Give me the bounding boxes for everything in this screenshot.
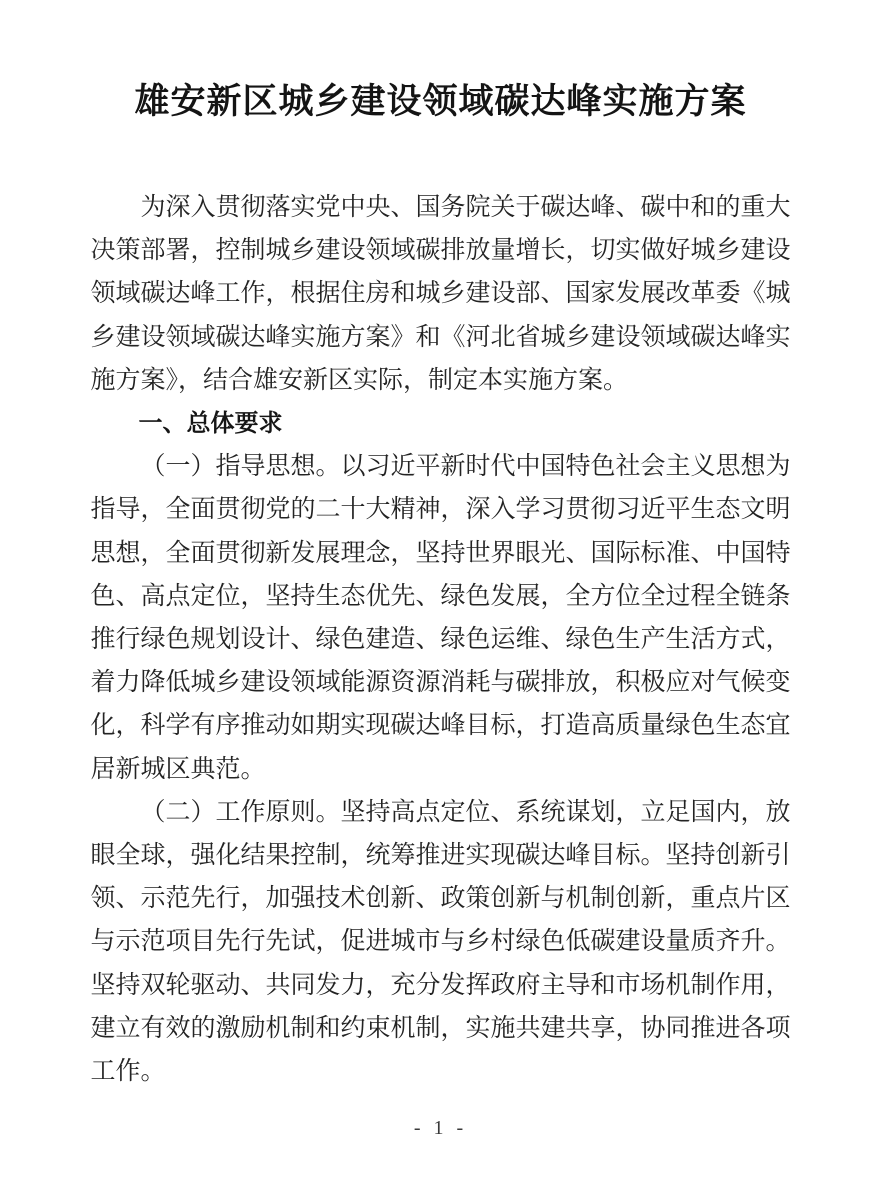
- page-number: - 1 -: [0, 1117, 881, 1140]
- paragraph-intro: 为深入贯彻落实党中央、国务院关于碳达峰、碳中和的重大决策部署，控制城乡建设领域碳…: [91, 186, 791, 402]
- document-title: 雄安新区城乡建设领域碳达峰实施方案: [61, 78, 821, 126]
- paragraph-work-principles: （二）工作原则。坚持高点定位、系统谋划，立足国内，放眼全球，强化结果控制，统筹推…: [91, 791, 791, 1093]
- document-page: 雄安新区城乡建设领域碳达峰实施方案 为深入贯彻落实党中央、国务院关于碳达峰、碳中…: [0, 0, 881, 1186]
- section-heading-overall-requirements: 一、总体要求: [91, 402, 791, 445]
- paragraph-guiding-ideology: （一）指导思想。以习近平新时代中国特色社会主义思想为指导，全面贯彻党的二十大精神…: [91, 445, 791, 791]
- document-body: 为深入贯彻落实党中央、国务院关于碳达峰、碳中和的重大决策部署，控制城乡建设领域碳…: [91, 186, 791, 1093]
